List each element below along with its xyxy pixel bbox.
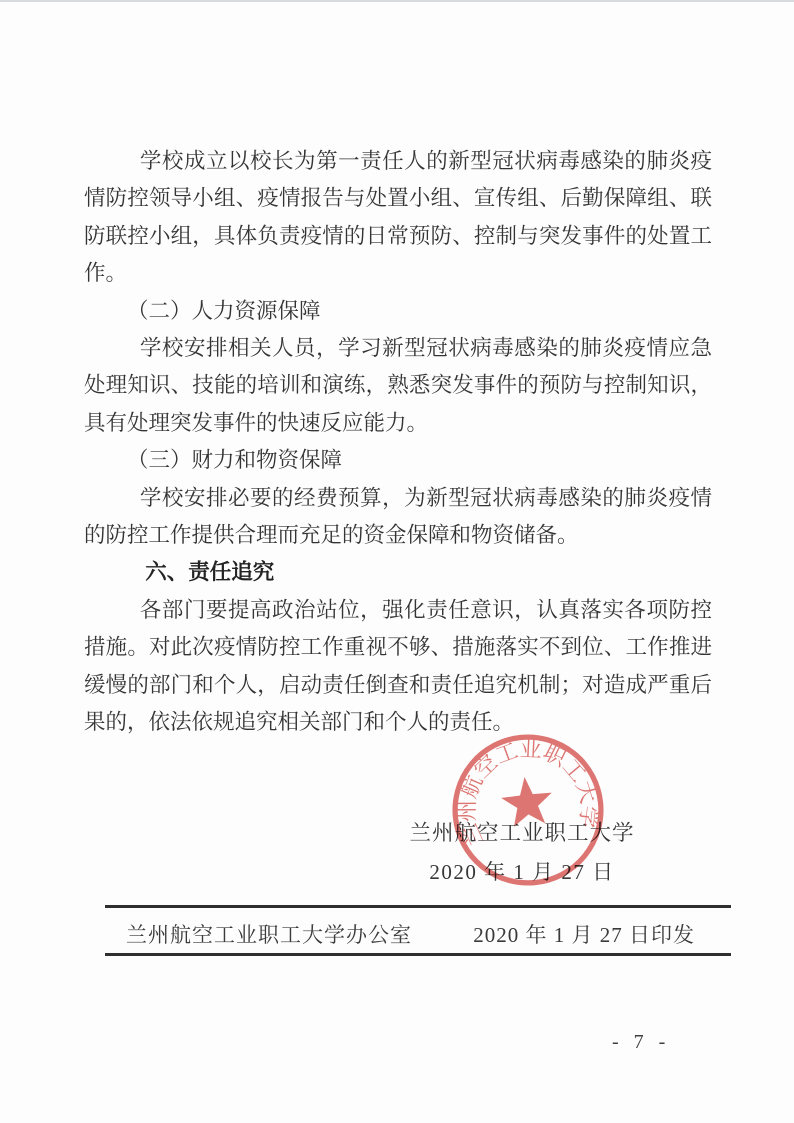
subheading-hr: （二）人力资源保障 <box>84 293 712 330</box>
footer-rule-top <box>105 905 731 908</box>
official-seal: 兰州航空工业职工大学 <box>439 721 617 899</box>
footer-rule-bottom <box>105 953 731 956</box>
page-number: - 7 - <box>612 1031 670 1054</box>
footer: 兰州航空工业职工大学办公室 2020 年 1 月 27 日印发 <box>105 916 731 952</box>
section-heading: 六、责任追究 <box>84 554 712 591</box>
subheading-finance: （三）财力和物资保障 <box>84 442 712 479</box>
paragraph: 学校成立以校长为第一责任人的新型冠状病毒感染的肺炎疫情防控领导小组、疫情报告与处… <box>84 143 712 293</box>
document-body: 学校成立以校长为第一责任人的新型冠状病毒感染的肺炎疫情防控领导小组、疫情报告与处… <box>84 143 712 742</box>
footer-print-date: 2020 年 1 月 27 日印发 <box>473 919 695 949</box>
document-page: 学校成立以校长为第一责任人的新型冠状病毒感染的肺炎疫情防控领导小组、疫情报告与处… <box>0 0 794 1123</box>
footer-issuer: 兰州航空工业职工大学办公室 <box>126 919 412 949</box>
scan-edge-artifact <box>0 0 794 2</box>
paragraph: 学校安排相关人员，学习新型冠状病毒感染的肺炎疫情应急处理知识、技能的培训和演练，… <box>84 330 712 442</box>
paragraph: 各部门要提高政治站位，强化责任意识，认真落实各项防控措施。对此次疫情防控工作重视… <box>84 592 712 742</box>
paragraph: 学校安排必要的经费预算，为新型冠状病毒感染的肺炎疫情的防控工作提供合理而充足的资… <box>84 480 712 555</box>
seal-star-icon <box>499 774 555 827</box>
